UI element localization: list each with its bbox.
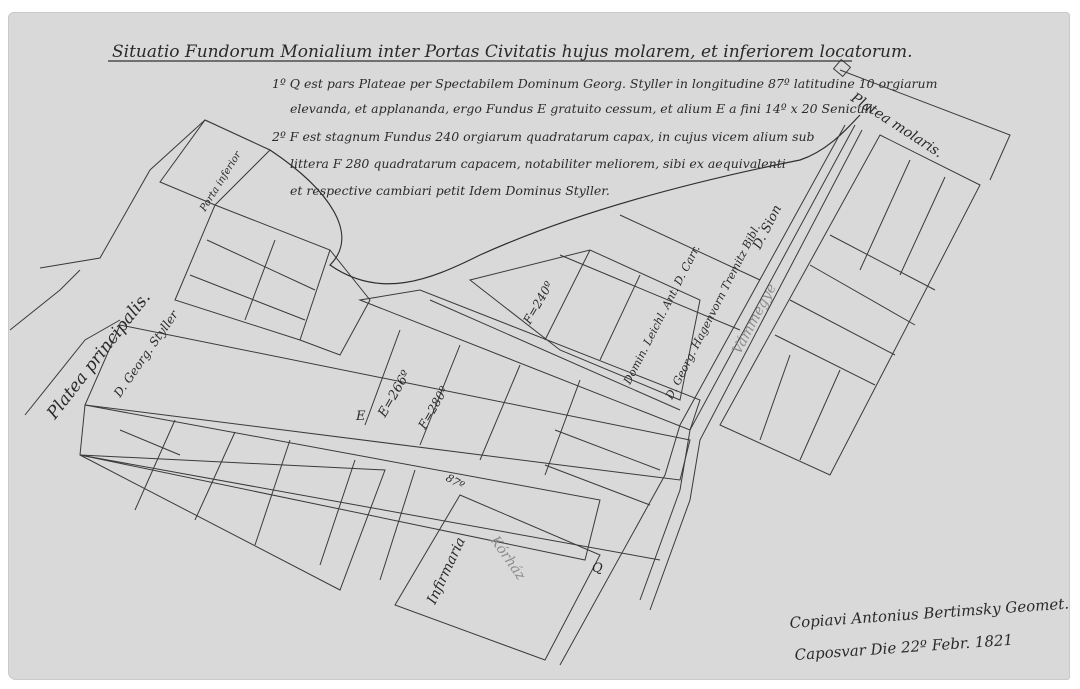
infirmaria-lot <box>395 495 600 660</box>
note-line-1: 1º Q est pars Plateae per Spectabilem Do… <box>272 76 937 91</box>
map-title: Situatio Fundorum Monialium inter Portas… <box>112 42 913 62</box>
label-e-marker: E <box>355 409 366 424</box>
note-line-5: et respective cambiari petit Idem Dominu… <box>290 183 610 198</box>
note-line-3: 2º F est stagnum Fundus 240 orgiarum qua… <box>271 129 815 144</box>
diagonal-road <box>560 125 862 665</box>
signature-line-1: Copiavi Antonius Bertimsky Geomet. <box>789 595 1070 632</box>
label-pencil-street: Vámmegye <box>729 281 779 357</box>
signature-line-2: Caposvar Die 22º Febr. 1821 <box>794 631 1014 664</box>
label-platea-molaris: Platea molaris. <box>847 89 946 161</box>
note-line-4: littera F 280 quadratarum capacem, notab… <box>290 156 786 171</box>
cadastral-map: Situatio Fundorum Monialium inter Portas… <box>0 0 1080 689</box>
central-lots <box>80 325 690 590</box>
label-lot-e: E=266º <box>375 368 414 421</box>
label-lot-f-240: F=240º <box>520 279 556 328</box>
note-line-2: elevanda, et applananda, ergo Fundus E g… <box>290 101 873 116</box>
corner-marker <box>834 60 851 77</box>
middle-lots <box>360 215 760 505</box>
label-porta-inferior: Porta inferior <box>198 149 245 215</box>
label-q-marker: Q <box>592 561 603 576</box>
right-lots <box>720 60 1010 475</box>
label-infirmaria-pencil: Kórház <box>486 532 529 583</box>
label-lot-f-280: F=280º <box>415 384 451 433</box>
